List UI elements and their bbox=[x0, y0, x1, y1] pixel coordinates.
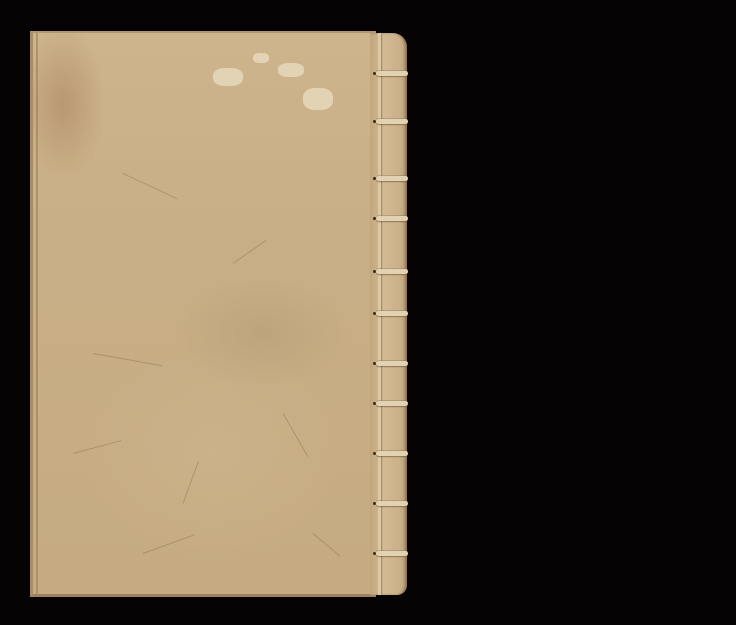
binding-stitch bbox=[376, 119, 408, 124]
book-spine bbox=[370, 33, 407, 595]
stitch-hole bbox=[373, 72, 376, 75]
binding-stitch bbox=[376, 71, 408, 76]
binding-stitch bbox=[376, 269, 408, 274]
stitch-hole bbox=[373, 120, 376, 123]
stitch-hole bbox=[373, 402, 376, 405]
paper-fiber bbox=[123, 173, 178, 199]
binding-stitch bbox=[376, 311, 408, 316]
worn-spot bbox=[278, 63, 304, 77]
stitch-hole bbox=[373, 362, 376, 365]
binding-stitch bbox=[376, 401, 408, 406]
stitch-hole bbox=[373, 312, 376, 315]
stitch-hole bbox=[373, 217, 376, 220]
paper-fiber bbox=[73, 440, 122, 454]
stitch-hole bbox=[373, 452, 376, 455]
paper-fiber bbox=[313, 533, 340, 556]
stitch-hole bbox=[373, 270, 376, 273]
binding-stitch bbox=[376, 451, 408, 456]
binding-stitch bbox=[376, 216, 408, 221]
binding-stitch bbox=[376, 361, 408, 366]
paper-fiber bbox=[183, 461, 199, 504]
book-cover bbox=[30, 31, 376, 597]
paper-fiber bbox=[93, 353, 162, 366]
stitch-hole bbox=[373, 177, 376, 180]
worn-spot bbox=[213, 68, 243, 86]
stitch-hole bbox=[373, 502, 376, 505]
worn-spot bbox=[253, 53, 269, 63]
book bbox=[30, 31, 407, 597]
stitch-hole bbox=[373, 552, 376, 555]
worn-spot bbox=[303, 88, 333, 110]
binding-stitch bbox=[376, 551, 408, 556]
binding-stitch bbox=[376, 176, 408, 181]
paper-fiber bbox=[283, 413, 309, 457]
paper-fiber bbox=[233, 240, 266, 264]
paper-fiber bbox=[143, 534, 195, 554]
binding-stitch bbox=[376, 501, 408, 506]
